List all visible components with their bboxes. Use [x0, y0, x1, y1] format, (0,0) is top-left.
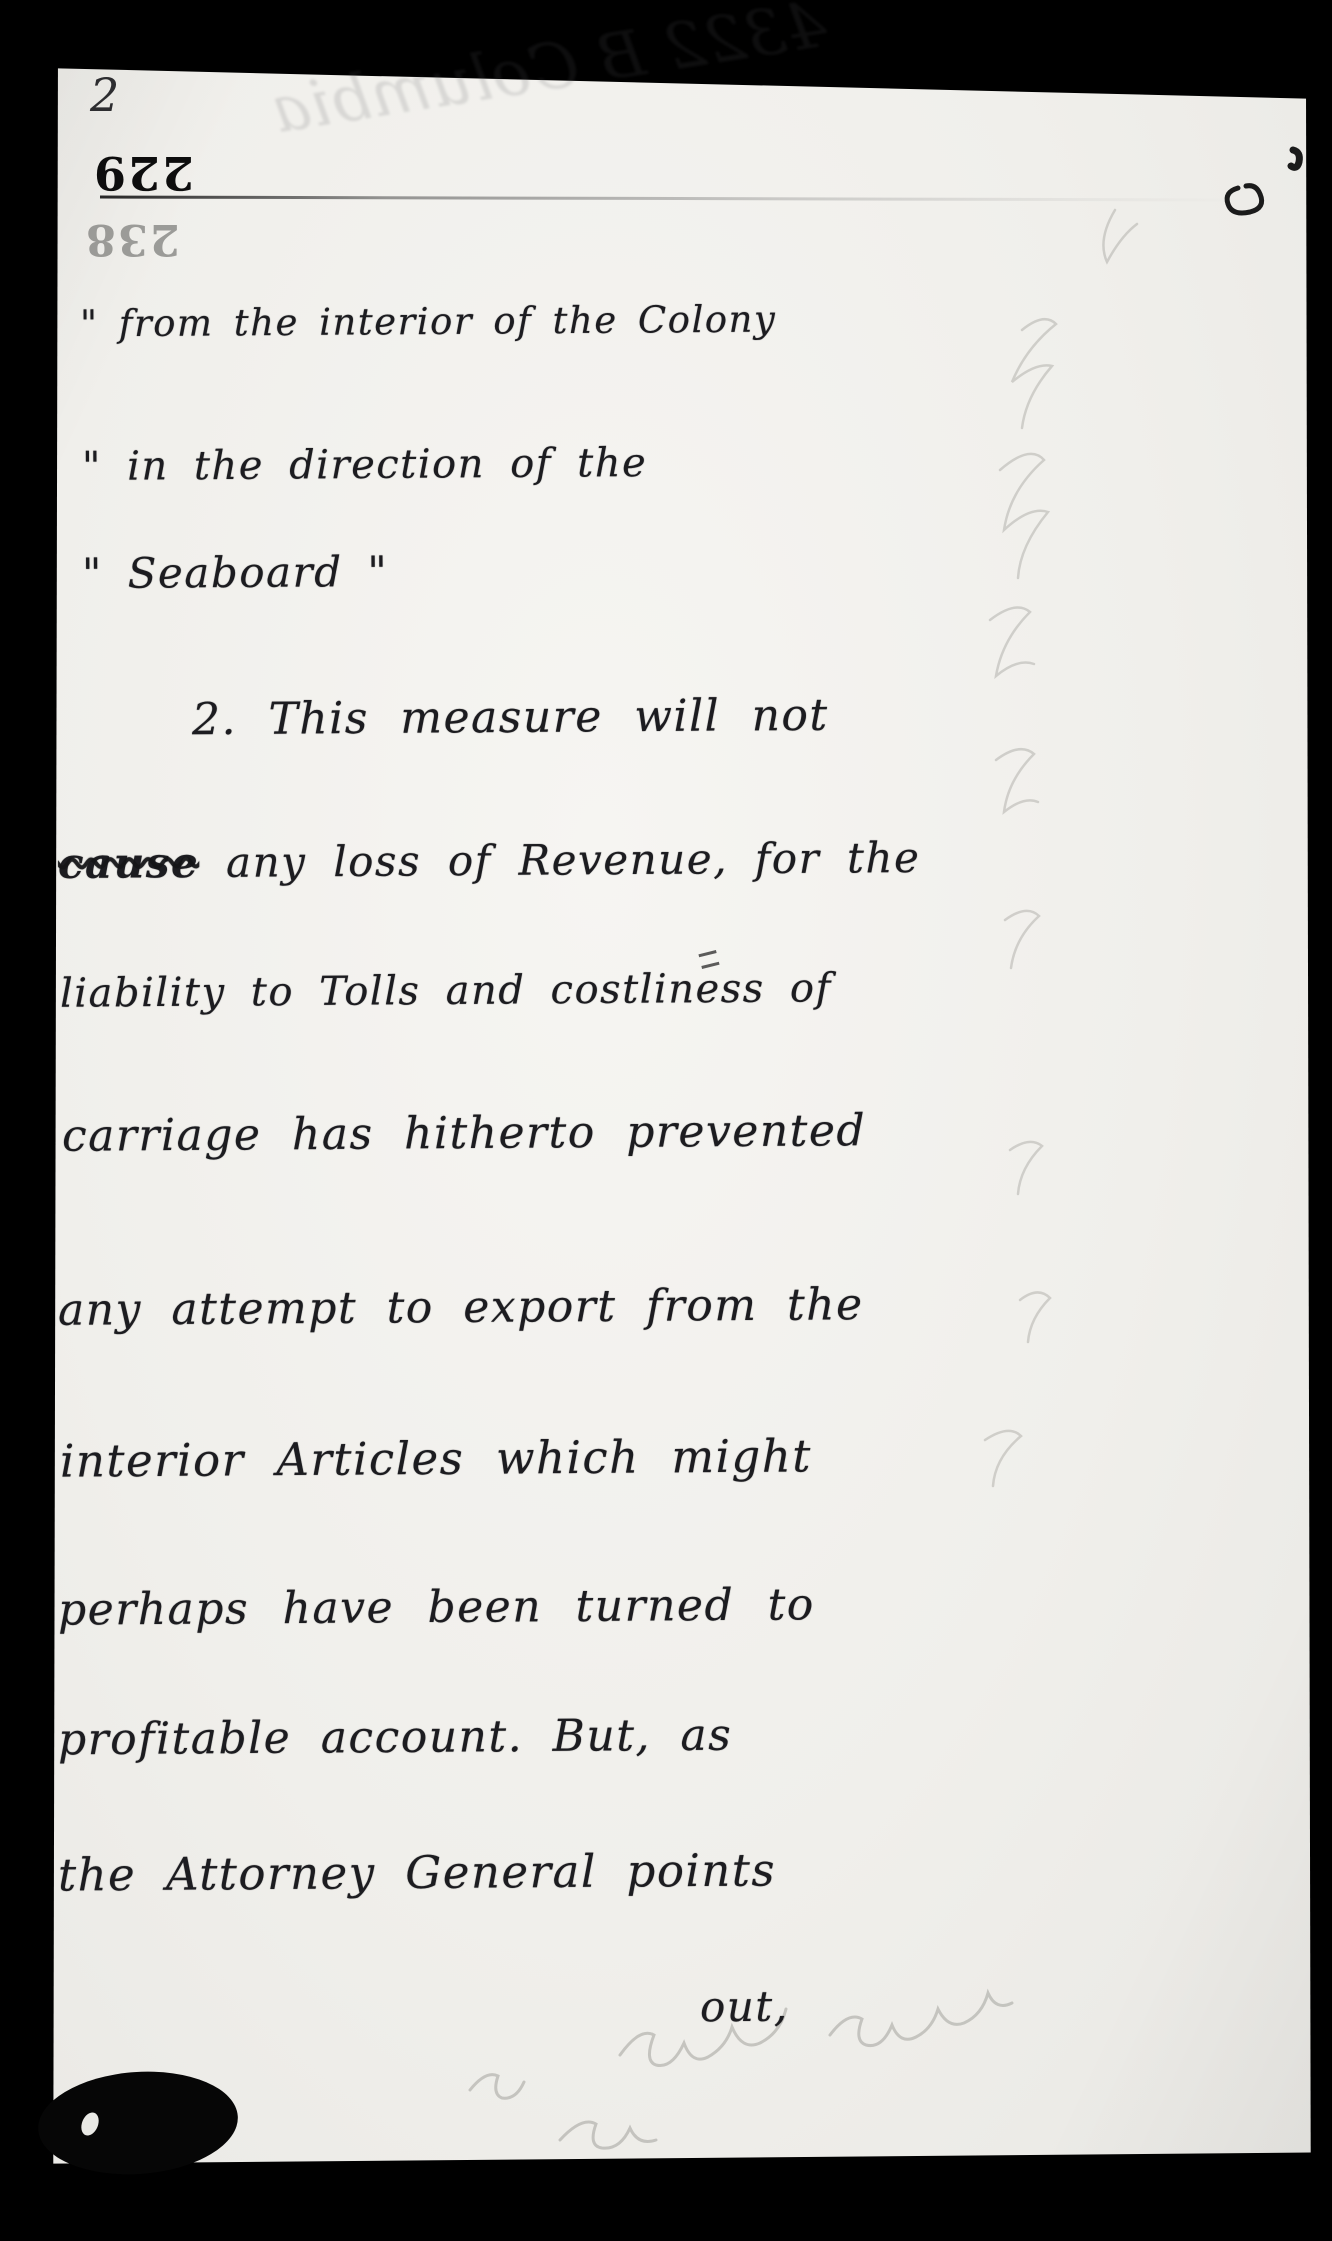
manuscript-line: any attempt to export from the [58, 1279, 864, 1336]
manuscript-line: " in the direction of the [82, 440, 648, 490]
manuscript-line: " Seaboard " [82, 547, 389, 598]
manuscript-line: " from the interior of the Colony [80, 298, 777, 346]
manuscript-line: the Attorney General points [58, 1843, 776, 1901]
folio-stamp-secondary: 238 [84, 214, 180, 264]
folio-stamp-primary: 229 [92, 146, 194, 200]
manuscript-line: carriage has hitherto prevented [62, 1105, 866, 1162]
manuscript-line: cause any loss of Revenue, for the [58, 833, 921, 888]
page-number: 2 [90, 68, 119, 122]
overwritten-word: cause [58, 838, 200, 888]
manuscript-line: interior Articles which might [60, 1429, 812, 1487]
manuscript-line: 2. This measure will not [192, 690, 829, 745]
manuscript-line-text: any loss of Revenue, for the [199, 833, 920, 887]
scanned-manuscript-page: { "document": { "page_number": "2", "sta… [0, 0, 1332, 2241]
manuscript-line: perhaps have been turned to [58, 1579, 815, 1635]
manuscript-line: liability to Tolls and costliness of [60, 965, 832, 1016]
manuscript-line: out, [700, 1982, 789, 2032]
manuscript-line: profitable account. But, as [58, 1710, 733, 1766]
